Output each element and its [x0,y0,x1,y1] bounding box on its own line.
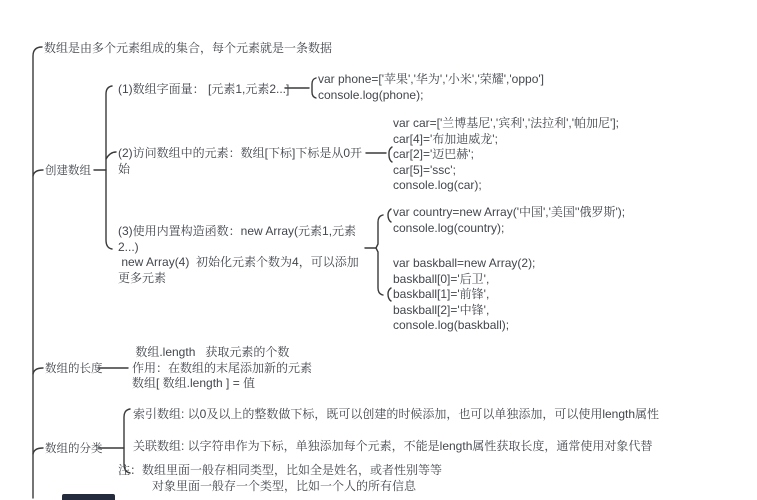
topic-create-array[interactable]: 创建数组 [45,164,91,180]
mindmap-canvas: 数组是由多个元素组成的集合，每个元素就是一条数据 创建数组 (1)数组字面量： … [0,0,757,500]
topic-array-classify[interactable]: 数组的分类 [45,442,103,458]
code-block-car[interactable]: var car=['兰博基尼','宾利','法拉利','帕加尼']; car[4… [393,116,619,194]
baskball-code-bracket [388,288,391,301]
phone-code-bracket [312,78,316,98]
access-tick [106,152,116,159]
root-topic-box[interactable] [62,494,115,500]
topic-assoc-array[interactable]: 关联数组: 以字符串作为下标，单独添加每个元素，不能是length属性获取长度，… [133,439,652,455]
topic-array-literal[interactable]: (1)数组字面量： [元素1,元素2...] [118,82,289,98]
code-block-phone[interactable]: var phone=['苹果','华为','小米','荣耀','oppo'] c… [318,72,544,103]
constructor-brace [376,215,383,295]
classify-tick [33,448,43,454]
topic-length-detail[interactable]: 数组.length 获取元素的个数 作用：在数组的末尾添加新的元素 数组[ 数组… [132,345,312,392]
topic-array-constructor[interactable]: (3)使用内置构造函数：new Array(元素1,元素 2...) new A… [118,224,359,286]
length-tick [33,368,43,374]
topic-note-line2[interactable]: 对象里面一般存一个类型，比如一个人的所有信息 [152,479,416,495]
topic-note-line1[interactable]: 注：数组里面一般存相同类型，比如全是姓名，或者性别等等 [118,463,442,479]
spine-line [33,47,42,498]
topic-array-access[interactable]: (2)访问数组中的元素：数组[下标]下标是从0开 始 [118,145,362,177]
create-children-bracket [106,86,112,249]
create-tick [33,170,43,176]
code-block-country[interactable]: var country=new Array('中国','美国''俄罗斯'); c… [393,205,625,236]
code-block-baskball[interactable]: var baskball=new Array(2); baskball[0]='… [393,256,535,334]
country-code-bracket [388,209,391,222]
topic-index-array[interactable]: 索引数组: 以0及以上的整数做下标，既可以创建的时候添加，也可以单独添加，可以使… [133,407,659,423]
topic-array-summary[interactable]: 数组是由多个元素组成的集合，每个元素就是一条数据 [44,41,332,57]
car-code-bracket [389,147,392,162]
topic-array-length[interactable]: 数组的长度 [45,362,103,378]
